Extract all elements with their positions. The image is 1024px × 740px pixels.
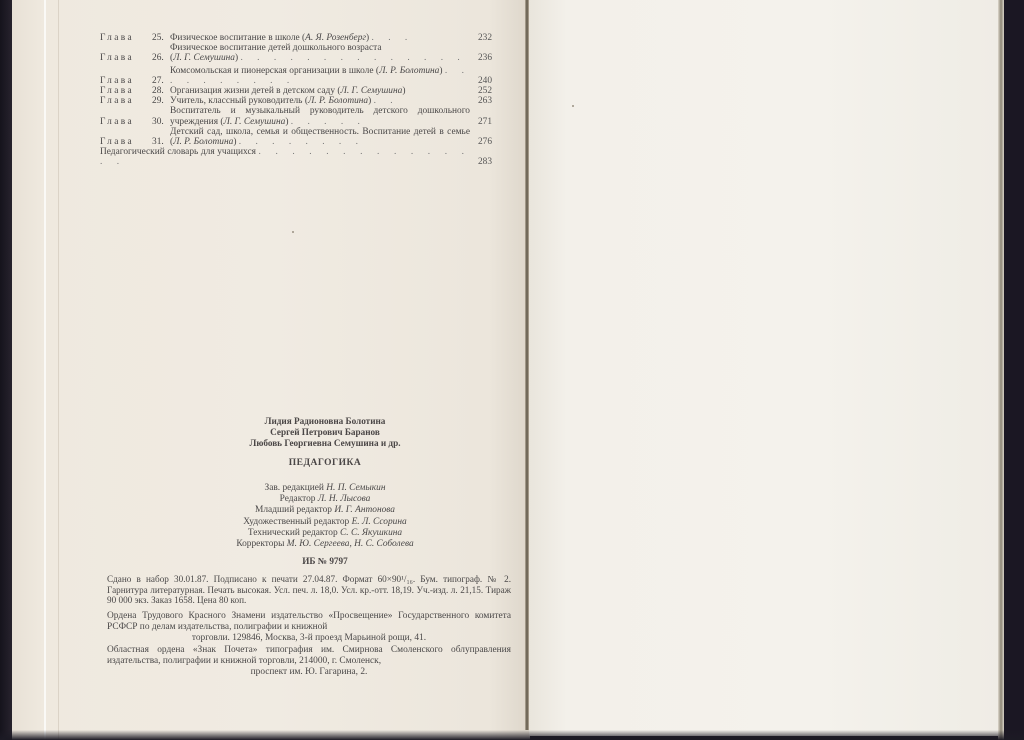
page-number: 263 bbox=[470, 96, 492, 106]
credit-name: Е. Л. Ссорина bbox=[352, 517, 407, 527]
toc-entry: Глава 31. Детский сад, школа, семья и об… bbox=[100, 127, 492, 147]
printer-text: Областная ордена «Знак Почета» типографи… bbox=[107, 645, 511, 667]
chapter-number: 28. bbox=[152, 86, 170, 96]
credit-line: Зав. редакцией Н. П. Семыкин bbox=[180, 483, 470, 494]
chapter-author: А. Я. Розенберг bbox=[305, 33, 366, 43]
credit-line: Технический редактор С. С. Якушкина bbox=[180, 528, 470, 539]
chapter-title-line: Физическое воспитание детей дошкольного … bbox=[170, 43, 470, 63]
chapter-title: Физическое воспитание в школе bbox=[170, 33, 300, 43]
publisher-text: Ордена Трудового Красного Знамени издате… bbox=[107, 611, 511, 633]
chapter-title: Детский сад, школа, семья и общественнос… bbox=[170, 127, 470, 137]
credit-line: Младший редактор И. Г. Антонова bbox=[180, 505, 470, 516]
chapter-label: Глава bbox=[100, 96, 152, 106]
dictionary-title-line: Педагогический словарь для учащихся . . … bbox=[100, 147, 470, 167]
credit-role: Младший редактор bbox=[255, 505, 332, 515]
imprint-text: Сдано в набор 30.01.87. Подписано к печа… bbox=[107, 574, 511, 606]
scanner-background-bottom bbox=[0, 730, 1024, 740]
authors-block: Лидия Радионовна Болотина Сергей Петрови… bbox=[200, 416, 450, 449]
toc-entry: Глава 29. Учитель, классный руководитель… bbox=[100, 96, 492, 106]
credit-line: Редактор Л. Н. Лысова bbox=[180, 494, 470, 505]
credit-role: Художественный редактор bbox=[243, 517, 349, 527]
left-page-fold-line bbox=[44, 0, 46, 740]
toc-entry: Глава 28. Организация жизни детей в детс… bbox=[100, 86, 492, 96]
printing-imprint: Сдано в набор 30.01.87. Подписано к печа… bbox=[107, 574, 511, 606]
chapter-title: Организация жизни детей в детском саду bbox=[170, 86, 335, 96]
chapter-title-line: Организация жизни детей в детском саду (… bbox=[170, 86, 470, 96]
author-name: Сергей Петрович Баранов bbox=[200, 427, 450, 438]
chapter-author: Л. Г. Семушина bbox=[340, 86, 402, 96]
chapter-number: 27. bbox=[152, 76, 170, 86]
printer-address: проспект им. Ю. Гагарина, 2. bbox=[107, 667, 511, 678]
paper-speck bbox=[572, 105, 574, 107]
page-number: 276 bbox=[470, 137, 492, 147]
chapter-number: 29. bbox=[152, 96, 170, 106]
page-number: 252 bbox=[470, 86, 492, 96]
chapter-title: Физическое воспитание детей дошкольного … bbox=[170, 43, 382, 53]
chapter-number: 30. bbox=[152, 117, 170, 127]
author-name: Любовь Георгиевна Семушина и др. bbox=[200, 438, 450, 449]
chapter-author: Л. Р. Болотина bbox=[308, 96, 368, 106]
credit-name: Л. Н. Лысова bbox=[318, 494, 371, 504]
credit-role: Зав. редакцией bbox=[265, 483, 324, 493]
toc-entry: Глава 27. Комсомольская и пионерская орг… bbox=[100, 66, 492, 86]
editorial-credits: Зав. редакцией Н. П. Семыкин Редактор Л.… bbox=[180, 483, 470, 550]
chapter-title-line: Воспитатель и музыкальный руководитель д… bbox=[170, 106, 470, 126]
dictionary-title: Педагогический словарь для учащихся bbox=[100, 147, 256, 157]
credit-role: Редактор bbox=[280, 494, 316, 504]
credit-role: Технический редактор bbox=[248, 528, 338, 538]
credit-line: Художественный редактор Е. Л. Ссорина bbox=[180, 517, 470, 528]
book-title: ПЕДАГОГИКА bbox=[200, 458, 450, 468]
chapter-label: Глава bbox=[100, 76, 152, 86]
page-number: 283 bbox=[470, 157, 492, 167]
credit-role: Корректоры bbox=[236, 539, 284, 549]
chapter-label: Глава bbox=[100, 137, 152, 147]
publisher-address: торговли. 129846, Москва, 3-й проезд Мар… bbox=[107, 633, 511, 644]
paper-speck bbox=[292, 231, 294, 233]
chapter-title: Учитель, классный руководитель bbox=[170, 96, 302, 106]
left-page-crease bbox=[58, 0, 59, 740]
publisher-info: Ордена Трудового Красного Знамени издате… bbox=[107, 611, 511, 644]
credit-name: М. Ю. Сергеева, Н. С. Соболева bbox=[287, 539, 414, 549]
chapter-title-line: Комсомольская и пионерская организации в… bbox=[170, 66, 470, 86]
credit-name: Н. П. Семыкин bbox=[326, 483, 385, 493]
chapter-title-line: Детский сад, школа, семья и общественнос… bbox=[170, 127, 470, 147]
chapter-number: 31. bbox=[152, 137, 170, 147]
credit-line: Корректоры М. Ю. Сергеева, Н. С. Соболев… bbox=[180, 539, 470, 550]
page-number: 240 bbox=[470, 76, 492, 86]
chapter-title: Комсомольская и пионерская организации в… bbox=[170, 66, 374, 76]
table-of-contents: Глава 25. Физическое воспитание в школе … bbox=[100, 33, 492, 168]
scanner-background-right bbox=[1004, 0, 1024, 740]
right-page-blank bbox=[529, 0, 1003, 736]
toc-entry-dictionary: Педагогический словарь для учащихся . . … bbox=[100, 147, 492, 167]
chapter-author: Л. Р. Болотина bbox=[379, 66, 439, 76]
chapter-title-line: Учитель, классный руководитель (Л. Р. Бо… bbox=[170, 96, 470, 106]
page-number: 271 bbox=[470, 117, 492, 127]
chapter-label: Глава bbox=[100, 33, 152, 43]
toc-entry: Глава 25. Физическое воспитание в школе … bbox=[100, 33, 492, 43]
printer-info: Областная ордена «Знак Почета» типографи… bbox=[107, 645, 511, 678]
chapter-author: Л. Г. Семушина bbox=[173, 53, 235, 63]
ib-number: ИБ № 9797 bbox=[200, 556, 450, 566]
chapter-label: Глава bbox=[100, 117, 152, 127]
chapter-author: Л. Р. Болотина bbox=[173, 137, 233, 147]
credit-name: И. Г. Антонова bbox=[334, 505, 395, 515]
credit-name: С. С. Якушкина bbox=[340, 528, 402, 538]
chapter-number: 25. bbox=[152, 33, 170, 43]
page-number: 232 bbox=[470, 33, 492, 43]
author-name: Лидия Радионовна Болотина bbox=[200, 416, 450, 427]
chapter-label: Глава bbox=[100, 53, 152, 63]
toc-entry: Глава 30. Воспитатель и музыкальный руко… bbox=[100, 106, 492, 126]
chapter-number: 26. bbox=[152, 53, 170, 63]
chapter-label: Глава bbox=[100, 86, 152, 96]
chapter-title-line: Физическое воспитание в школе (А. Я. Роз… bbox=[170, 33, 470, 43]
toc-entry: Глава 26. Физическое воспитание детей до… bbox=[100, 43, 492, 63]
chapter-author: Л. Г. Семушина bbox=[223, 117, 285, 127]
page-number: 236 bbox=[470, 53, 492, 63]
